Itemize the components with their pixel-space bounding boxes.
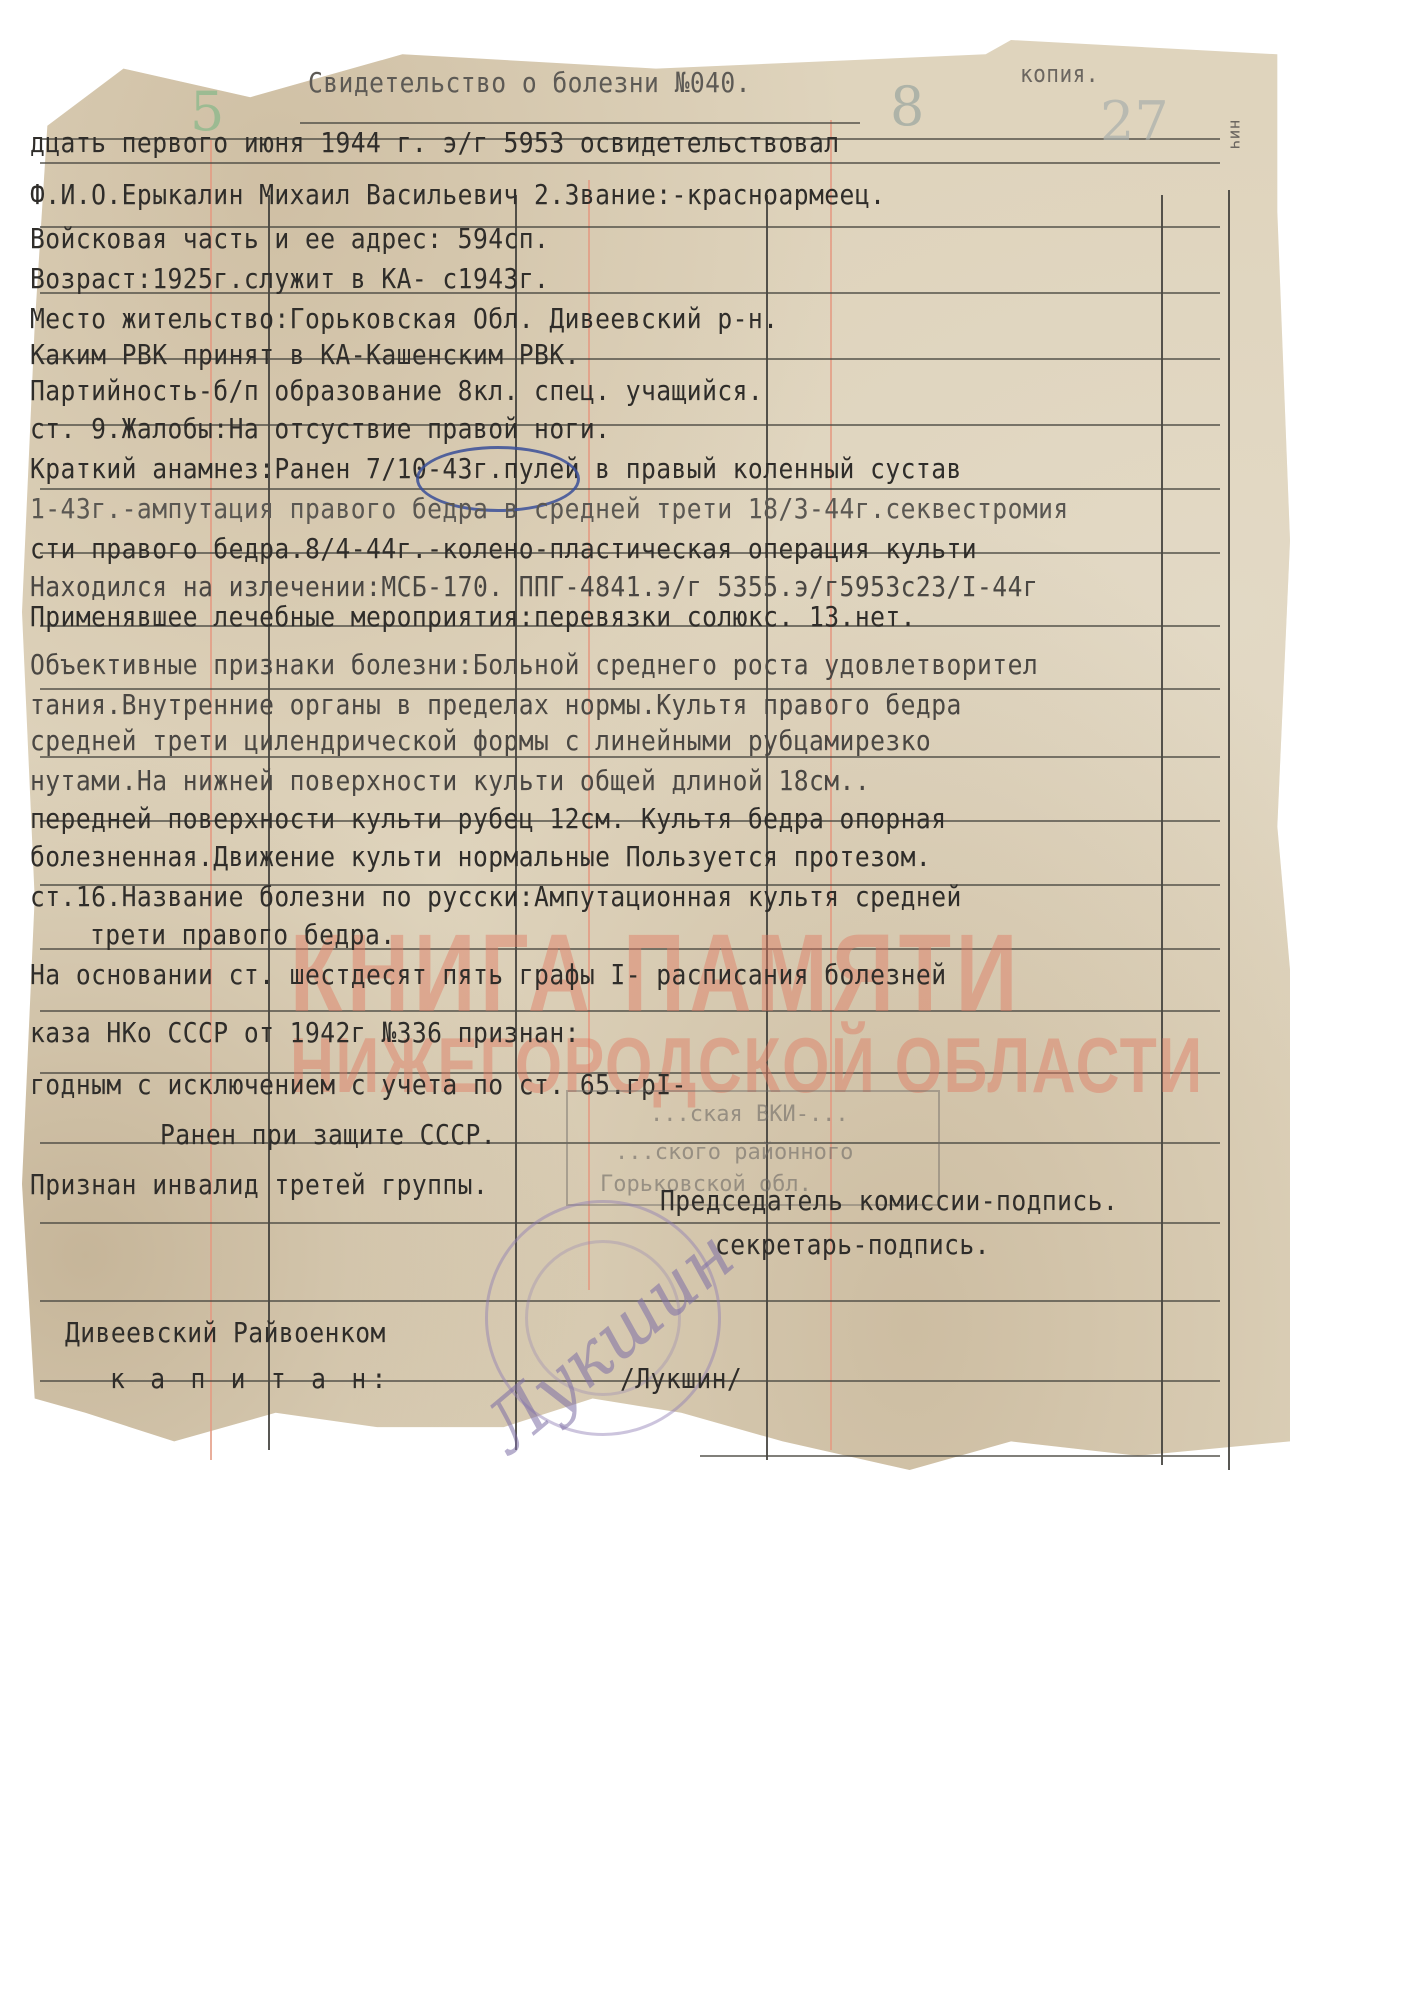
margin-note: нич <box>1227 120 1246 150</box>
text-line: сти правого бедра.8/4-44г.-колено-пласти… <box>30 532 977 565</box>
secretary-signature-label: секретарь-подпись. <box>715 1228 990 1261</box>
text-line: каза НКо СССР от 1942г №336 признан: <box>30 1016 580 1049</box>
copy-mark: копия. <box>1020 60 1099 88</box>
text-line: Находился на излечении:МСБ-170. ППГ-4841… <box>30 570 1038 603</box>
row-rule <box>40 488 1220 490</box>
handwritten-mark: 8 <box>890 75 924 138</box>
text-line: Применявшее лечебные мероприятия:перевяз… <box>30 600 916 633</box>
row-rule <box>700 1455 1220 1457</box>
text-line: Объективные признаки болезни:Больной сре… <box>30 648 1038 681</box>
text-line: ст.16.Название болезни по русски:Ампутац… <box>30 880 962 913</box>
stamp-text: ...ская ВКИ-... <box>650 1102 849 1127</box>
text-line: ст. 9.Жалобы:На отсуствие правой ноги. <box>30 412 610 445</box>
text-line: Место жительство:Горьковская Обл. Дивеев… <box>30 302 778 335</box>
text-line: Ф.И.О.Ерыкалин Михаил Васильевич 2.Звани… <box>30 178 885 211</box>
document-title: Свидетельство о болезни №040. <box>308 66 751 99</box>
rank-label: к а п и т а н: <box>110 1362 392 1395</box>
chairman-signature-label: Председатель комиссии-подпись. <box>660 1184 1118 1217</box>
text-line: средней трети цилендрической формы с лин… <box>30 724 931 757</box>
stamp-text: ...ского районного <box>615 1140 853 1165</box>
text-line: дцать первого июня 1944 г. э/г 5953 осви… <box>30 126 840 159</box>
text-line: Войсковая часть и ее адрес: 594сп. <box>30 222 549 255</box>
text-line: трети правого бедра. <box>90 918 395 951</box>
handwritten-mark: 27 <box>1100 90 1169 153</box>
text-line: 1-43г.-ампутация правого бедра в средней… <box>30 492 1069 525</box>
text-line: Ранен при защите СССР. <box>160 1118 496 1151</box>
text-line: нутами.На нижней поверхности культи обще… <box>30 764 870 797</box>
column-rule <box>1161 195 1163 1465</box>
row-rule <box>40 162 1220 164</box>
text-line: Партийность-б/п образование 8кл. спец. у… <box>30 374 763 407</box>
commissar-name: /Лукшин/ <box>620 1362 742 1395</box>
text-line: передней поверхности культи рубец 12см. … <box>30 802 946 835</box>
column-rule <box>1228 190 1230 1470</box>
text-line: Признан инвалид третей группы. <box>30 1168 488 1201</box>
text-line: Возраст:1925г.служит в КА- с1943г. <box>30 262 549 295</box>
row-rule <box>300 122 860 124</box>
text-line: тания.Внутренние органы в пределах нормы… <box>30 688 962 721</box>
text-line: Каким РВК принят в КА-Кашенским РВК. <box>30 338 580 371</box>
text-line: болезненная.Движение культи нормальные П… <box>30 840 931 873</box>
text-line: На основании ст. шестдесят пять графы I-… <box>30 958 946 991</box>
commissar-title: Дивеевский Райвоенком <box>65 1316 386 1349</box>
